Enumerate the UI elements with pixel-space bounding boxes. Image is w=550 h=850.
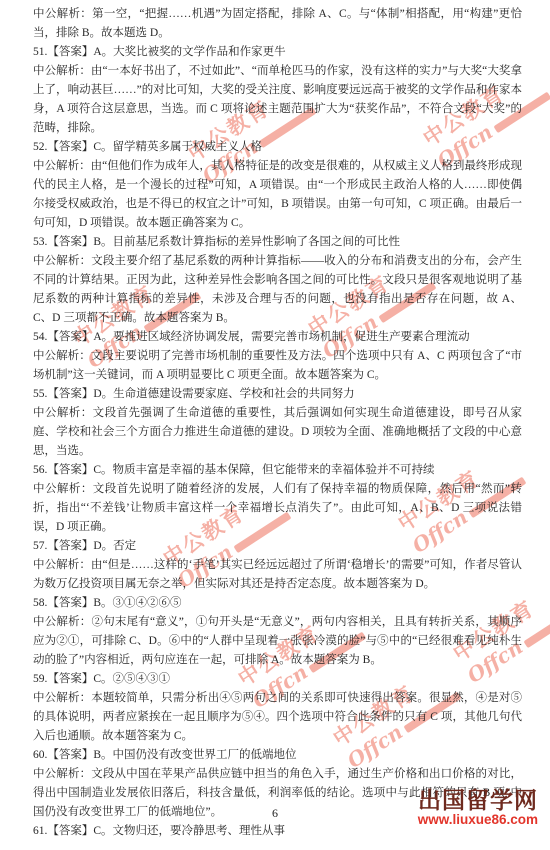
site-name-text: 出国留学网 xyxy=(418,788,538,812)
answer-line: 59.【答案】C。②⑤④③① xyxy=(33,670,522,689)
question-item-55: 55.【答案】D。生命道德建设需要家庭、学校和社会的共同努力 中公解析：文段首先… xyxy=(33,385,522,461)
analysis-paragraph: 中公解析：文段主要介绍了基尼系数的两种计算指标——收入的分布和消费支出的分布，会… xyxy=(33,252,522,328)
question-item-58: 58.【答案】B。③①④②⑥⑤ 中公解析：②句末尾有“意义”，①句开头是“无意义… xyxy=(33,594,522,670)
answer-line: 55.【答案】D。生命道德建设需要家庭、学校和社会的共同努力 xyxy=(33,385,522,404)
answer-line: 52.【答案】C。留学精英多属于权威主义人格 xyxy=(33,138,522,157)
answer-text: 【答案】B。③①④②⑥⑤ xyxy=(47,597,181,609)
site-url-link[interactable]: www.liuxue86.com xyxy=(418,812,538,827)
answer-line: 58.【答案】B。③①④②⑥⑤ xyxy=(33,594,522,613)
analysis-paragraph: 中公解析：②句末尾有“意义”，①句开头是“无意义”，两句内容相关，且具有转折关系… xyxy=(33,613,522,670)
question-item-54: 54.【答案】A。要推进区域经济协调发展，需要完善市场机制，促进生产要素合理流动… xyxy=(33,328,522,385)
answer-line: 54.【答案】A。要推进区域经济协调发展，需要完善市场机制，促进生产要素合理流动 xyxy=(33,328,522,347)
question-number: 54. xyxy=(33,331,47,343)
question-item-53: 53.【答案】B。目前基尼系数计算指标的差异性影响了各国之间的可比性 中公解析：… xyxy=(33,233,522,328)
answer-text: 【答案】A。大奖比被奖的文学作品和作家更牛 xyxy=(47,46,285,58)
question-number: 53. xyxy=(33,236,47,248)
question-number: 55. xyxy=(33,388,47,400)
document-page: 中公教育 Offcn 中公教育 Offcn 中公教育 Offcn 中公教育 Of… xyxy=(0,0,550,850)
question-item-51: 51.【答案】A。大奖比被奖的文学作品和作家更牛 中公解析：由“一本好书出了，不… xyxy=(33,43,522,138)
answer-text: 【答案】D。否定 xyxy=(47,540,136,552)
answer-line: 51.【答案】A。大奖比被奖的文学作品和作家更牛 xyxy=(33,43,522,62)
answer-line: 57.【答案】D。否定 xyxy=(33,537,522,556)
answer-line: 53.【答案】B。目前基尼系数计算指标的差异性影响了各国之间的可比性 xyxy=(33,233,522,252)
question-item-57: 57.【答案】D。否定 中公解析：由“但是……这样的‘手笔’其实已经远远超过了所… xyxy=(33,537,522,594)
question-number: 52. xyxy=(33,141,47,153)
answer-text: 【答案】C。留学精英多属于权威主义人格 xyxy=(47,141,262,153)
analysis-paragraph: 中公解析：本题较简单，只需分析出④⑤两句之间的关系即可快速得出答案。很显然，④是… xyxy=(33,689,522,746)
analysis-paragraph: 中公解析：由“但他们作为成年人，其人格特征是的改变是很难的，从权威主义人格到最终… xyxy=(33,157,522,233)
question-number: 56. xyxy=(33,464,47,476)
answer-text: 【答案】B。目前基尼系数计算指标的差异性影响了各国之间的可比性 xyxy=(47,236,400,248)
answer-text: 【答案】B。中国仍没有改变世界工厂的低端地位 xyxy=(47,749,296,761)
analysis-paragraph: 中公解析：第一空，“把握……机遇”为固定搭配，排除 A、C。与“体制”相搭配，用… xyxy=(33,5,522,43)
offcn-slogan-strip xyxy=(523,607,550,649)
question-item-56: 56.【答案】C。物质丰富是幸福的基本保障，但它能带来的幸福体验并不可持续 中公… xyxy=(33,461,522,537)
document-text: 中公解析：第一空，“把握……机遇”为固定搭配，排除 A、C。与“体制”相搭配，用… xyxy=(33,5,522,841)
liuxue86-logo[interactable]: 出国留学网 www.liuxue86.com xyxy=(418,788,538,827)
analysis-paragraph: 中公解析：文段首先说明了随着经济的发展，人们有了保持幸福的物质保障，然后用“然而… xyxy=(33,480,522,537)
answer-text: 【答案】D。生命道德建设需要家庭、学校和社会的共同努力 xyxy=(47,388,354,400)
answer-text: 【答案】C。物质丰富是幸福的基本保障，但它能带来的幸福体验并不可持续 xyxy=(47,464,434,476)
question-number: 60. xyxy=(33,749,47,761)
answer-text: 【答案】C。②⑤④③① xyxy=(47,673,170,685)
question-number: 51. xyxy=(33,46,47,58)
analysis-paragraph: 中公解析：由“一本好书出了，不过如此”、“而单枪匹马的作家，没有这样的实力”与大… xyxy=(33,62,522,138)
question-number: 59. xyxy=(33,673,47,685)
answer-line: 60.【答案】B。中国仍没有改变世界工厂的低端地位 xyxy=(33,746,522,765)
answer-line: 56.【答案】C。物质丰富是幸福的基本保障，但它能带来的幸福体验并不可持续 xyxy=(33,461,522,480)
question-item-52: 52.【答案】C。留学精英多属于权威主义人格 中公解析：由“但他们作为成年人，其… xyxy=(33,138,522,233)
analysis-paragraph: 中公解析：文段主要说明了完善市场机制的重要性及方法。四个选项中只有 A、C 两项… xyxy=(33,347,522,385)
question-number: 61. xyxy=(33,825,47,837)
question-number: 57. xyxy=(33,540,47,552)
analysis-paragraph: 中公解析：由“但是……这样的‘手笔’其实已经远远超过了所谓‘稳增长’的需要”可知… xyxy=(33,556,522,594)
answer-text: 【答案】C。文物归还，要冷静思考、理性从事 xyxy=(47,825,285,837)
question-item-59: 59.【答案】C。②⑤④③① 中公解析：本题较简单，只需分析出④⑤两句之间的关系… xyxy=(33,670,522,746)
question-number: 58. xyxy=(33,597,47,609)
analysis-paragraph: 中公解析：文段首先强调了生命道德的重要性，其后强调如何实现生命道德建设，即号召从… xyxy=(33,404,522,461)
answer-text: 【答案】A。要推进区域经济协调发展，需要完善市场机制，促进生产要素合理流动 xyxy=(47,331,469,343)
